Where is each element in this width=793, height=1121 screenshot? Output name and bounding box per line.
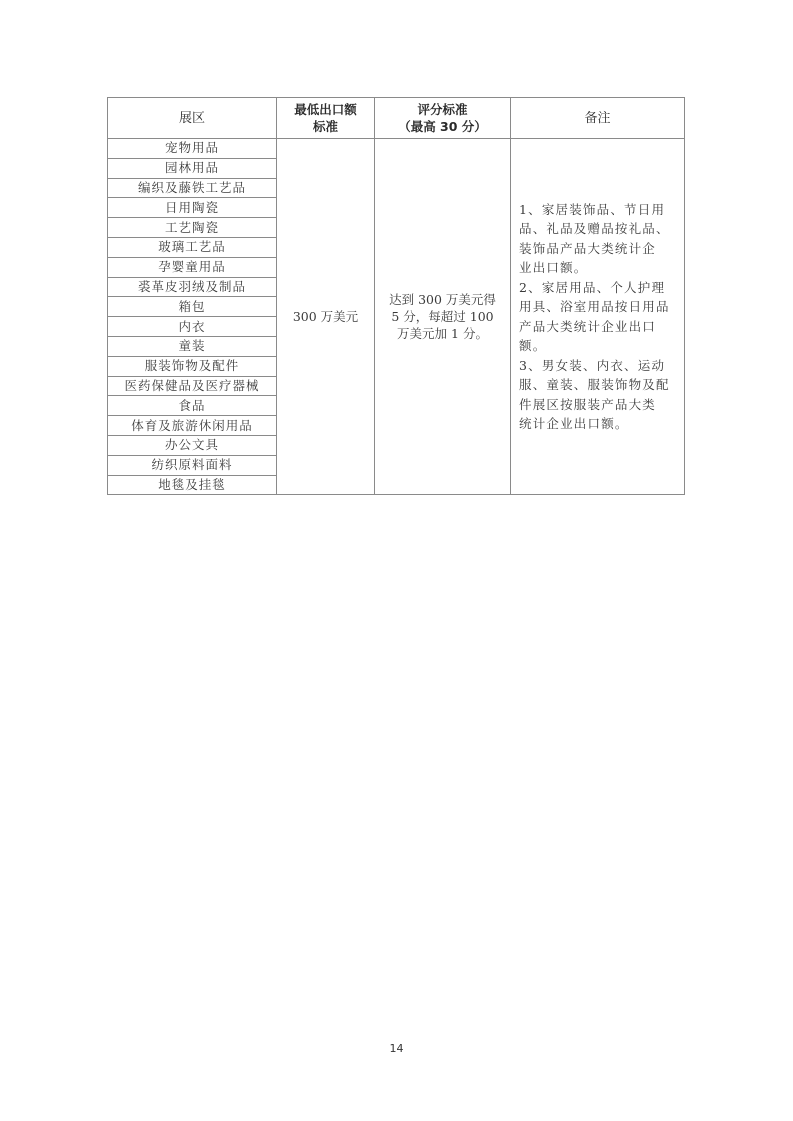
note-line: 2、家居用品、个人护理 bbox=[519, 278, 678, 298]
table-row: 宠物用品 300 万美元 达到 300 万美元得 5 分，每超过 100 万美元… bbox=[108, 139, 685, 159]
zone-cell: 玻璃工艺品 bbox=[108, 237, 277, 257]
zone-cell: 箱包 bbox=[108, 297, 277, 317]
header-score-line2: （最高 30 分） bbox=[375, 118, 510, 135]
note-line: 额。 bbox=[519, 336, 678, 356]
header-notes: 备注 bbox=[511, 98, 685, 139]
note-line: 服、童装、服装饰物及配 bbox=[519, 375, 678, 395]
score-line: 5 分，每超过 100 bbox=[375, 308, 510, 325]
score-line: 万美元加 1 分。 bbox=[375, 325, 510, 342]
note-line: 统计企业出口额。 bbox=[519, 414, 678, 434]
note-line: 业出口额。 bbox=[519, 258, 678, 278]
zone-cell: 园林用品 bbox=[108, 158, 277, 178]
zone-cell: 编织及藤铁工艺品 bbox=[108, 178, 277, 198]
page-number: 14 bbox=[0, 1042, 793, 1055]
zone-cell: 孕婴童用品 bbox=[108, 257, 277, 277]
zone-cell: 内衣 bbox=[108, 317, 277, 337]
header-score-line1: 评分标准 bbox=[375, 101, 510, 118]
zone-cell: 宠物用品 bbox=[108, 139, 277, 159]
exhibition-criteria-table: 展区 最低出口额 标准 评分标准 （最高 30 分） 备注 宠物用品 300 万… bbox=[107, 97, 685, 495]
note-line: 件展区按服装产品大类 bbox=[519, 395, 678, 415]
header-min-export: 最低出口额 标准 bbox=[277, 98, 375, 139]
note-line: 用具、浴室用品按日用品 bbox=[519, 297, 678, 317]
note-line: 品、礼品及赠品按礼品、 bbox=[519, 219, 678, 239]
min-export-cell: 300 万美元 bbox=[277, 139, 375, 495]
zone-cell: 食品 bbox=[108, 396, 277, 416]
header-zone: 展区 bbox=[108, 98, 277, 139]
header-min-export-line2: 标准 bbox=[277, 118, 374, 135]
notes-cell: 1、家居装饰品、节日用 品、礼品及赠品按礼品、 装饰品产品大类统计企 业出口额。… bbox=[511, 139, 685, 495]
zone-cell: 工艺陶瓷 bbox=[108, 218, 277, 238]
note-line: 产品大类统计企业出口 bbox=[519, 317, 678, 337]
zone-cell: 办公文具 bbox=[108, 435, 277, 455]
zone-cell: 童装 bbox=[108, 336, 277, 356]
score-cell: 达到 300 万美元得 5 分，每超过 100 万美元加 1 分。 bbox=[375, 139, 511, 495]
header-score: 评分标准 （最高 30 分） bbox=[375, 98, 511, 139]
zone-cell: 地毯及挂毯 bbox=[108, 475, 277, 495]
zone-cell: 纺织原料面料 bbox=[108, 455, 277, 475]
note-line: 1、家居装饰品、节日用 bbox=[519, 200, 678, 220]
zone-cell: 日用陶瓷 bbox=[108, 198, 277, 218]
note-line: 装饰品产品大类统计企 bbox=[519, 239, 678, 259]
header-row: 展区 最低出口额 标准 评分标准 （最高 30 分） 备注 bbox=[108, 98, 685, 139]
note-line: 3、男女装、内衣、运动 bbox=[519, 356, 678, 376]
zone-cell: 体育及旅游休闲用品 bbox=[108, 416, 277, 436]
header-min-export-line1: 最低出口额 bbox=[277, 101, 374, 118]
score-line: 达到 300 万美元得 bbox=[375, 291, 510, 308]
zone-cell: 服装饰物及配件 bbox=[108, 356, 277, 376]
zone-cell: 裘革皮羽绒及制品 bbox=[108, 277, 277, 297]
zone-cell: 医药保健品及医疗器械 bbox=[108, 376, 277, 396]
